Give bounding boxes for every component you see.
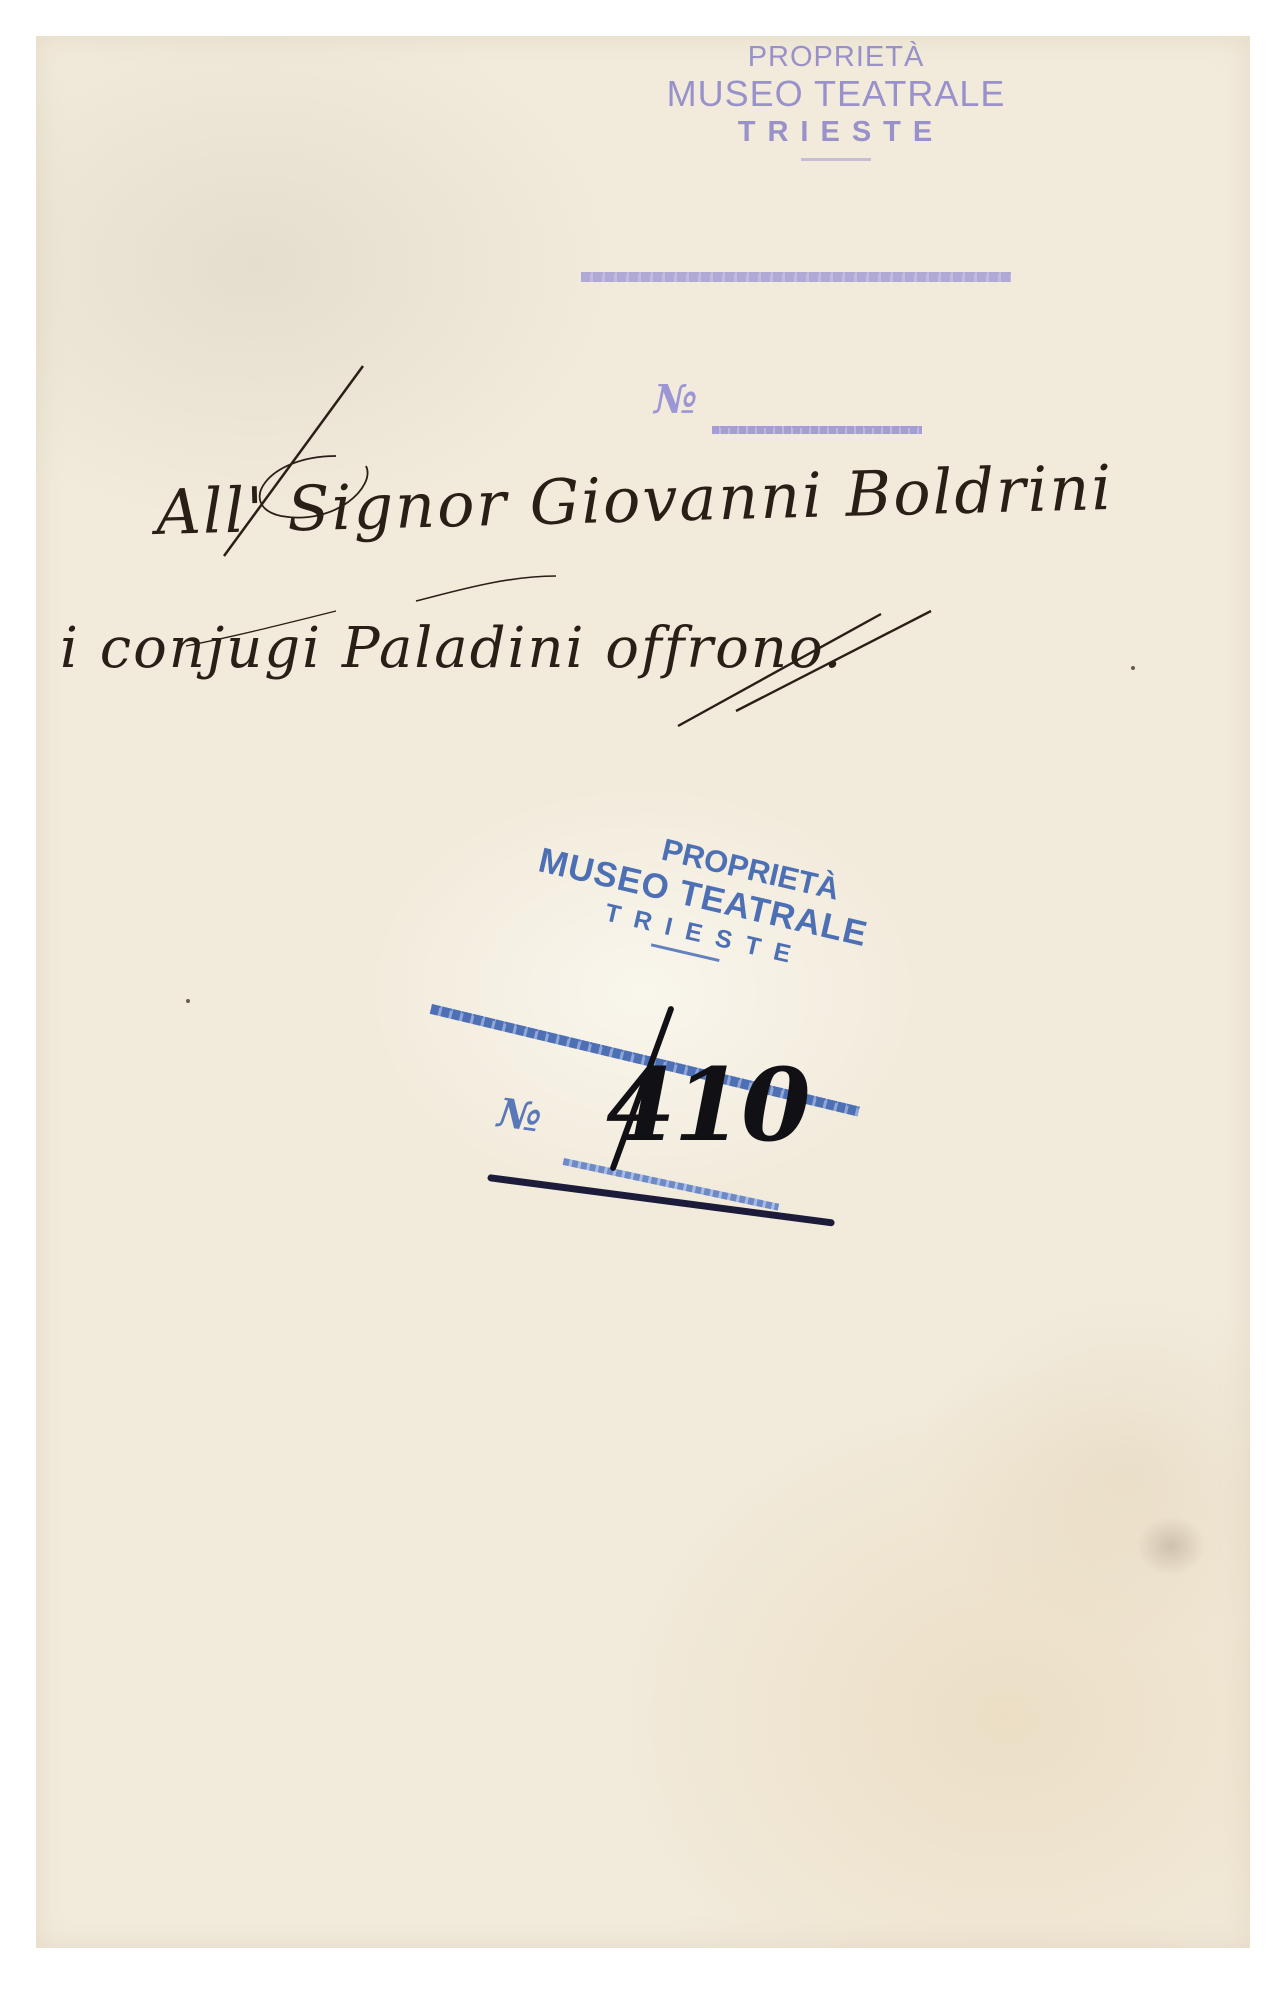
ink-dot	[186, 999, 190, 1003]
ownership-stamp-mid: PROPRIETÀ MUSEO TEATRALE TRIESTE	[485, 796, 920, 1003]
flourish-strokes-icon	[36, 36, 1250, 796]
document-card: PROPRIETÀ MUSEO TEATRALE TRIESTE № All' …	[36, 36, 1250, 1948]
inventory-number: 410	[606, 1046, 809, 1164]
fingerprint-smudge	[1136, 1516, 1206, 1576]
stamp-mid-number-label: №	[495, 1089, 545, 1142]
